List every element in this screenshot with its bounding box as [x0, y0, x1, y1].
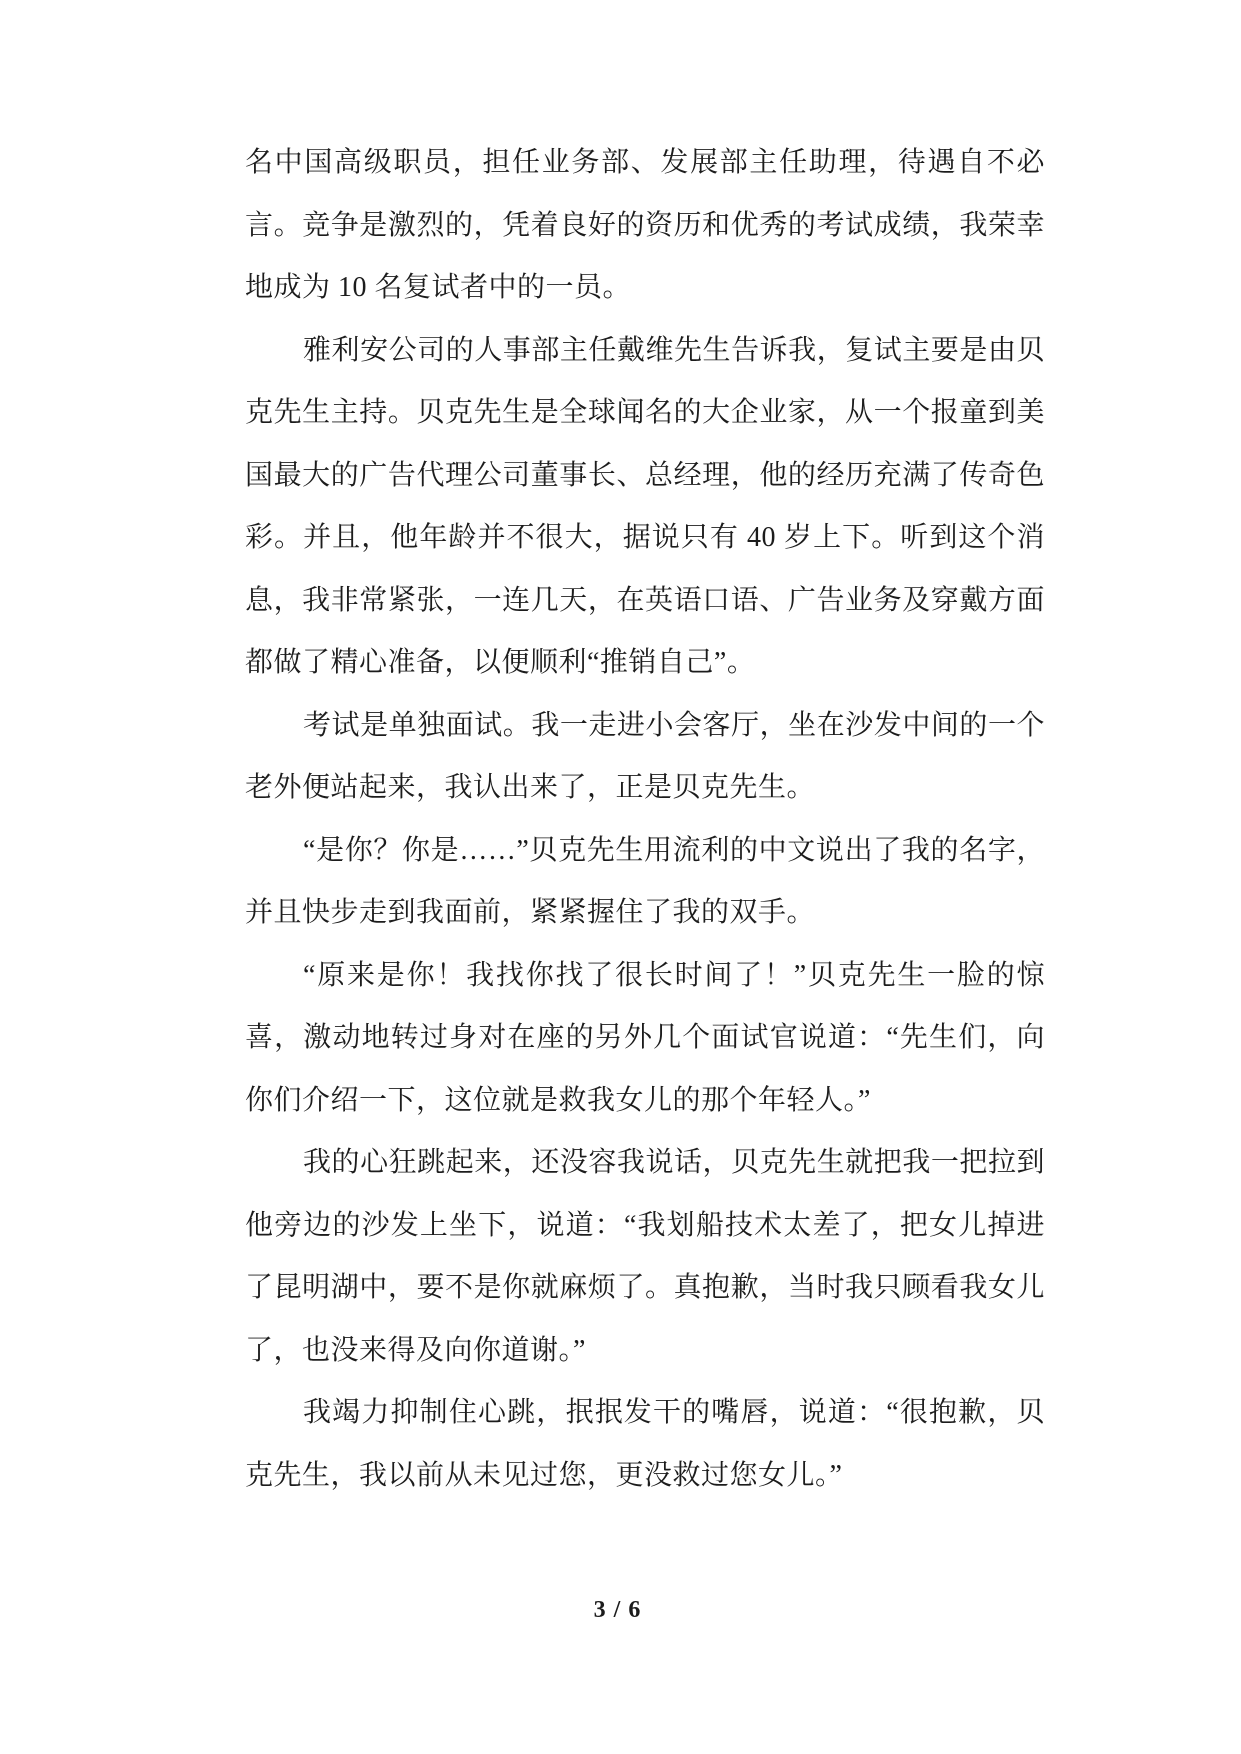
document-body: 名中国高级职员，担任业务部、发展部主任助理，待遇自不必言。竞争是激烈的，凭着良好…	[245, 132, 1045, 1507]
paragraph: 考试是单独面试。我一走进小会客厅，坐在沙发中间的一个老外便站起来，我认出来了，正…	[245, 695, 1045, 820]
page-number: 3 / 6	[594, 1597, 642, 1623]
document-page: 名中国高级职员，担任业务部、发展部主任助理，待遇自不必言。竞争是激烈的，凭着良好…	[0, 0, 1241, 1754]
paragraph: 名中国高级职员，担任业务部、发展部主任助理，待遇自不必言。竞争是激烈的，凭着良好…	[245, 132, 1045, 320]
page-footer: 3 / 6	[0, 1597, 1235, 1624]
paragraph: “是你？你是……”贝克先生用流利的中文说出了我的名字，并且快步走到我面前，紧紧握…	[245, 820, 1045, 945]
paragraph: 我的心狂跳起来，还没容我说话，贝克先生就把我一把拉到他旁边的沙发上坐下，说道：“…	[245, 1132, 1045, 1382]
paragraph: 雅利安公司的人事部主任戴维先生告诉我，复试主要是由贝克先生主持。贝克先生是全球闻…	[245, 320, 1045, 695]
paragraph: 我竭力抑制住心跳，抿抿发干的嘴唇，说道：“很抱歉，贝克先生，我以前从未见过您，更…	[245, 1382, 1045, 1507]
paragraph: “原来是你！我找你找了很长时间了！”贝克先生一脸的惊喜，激动地转过身对在座的另外…	[245, 945, 1045, 1133]
